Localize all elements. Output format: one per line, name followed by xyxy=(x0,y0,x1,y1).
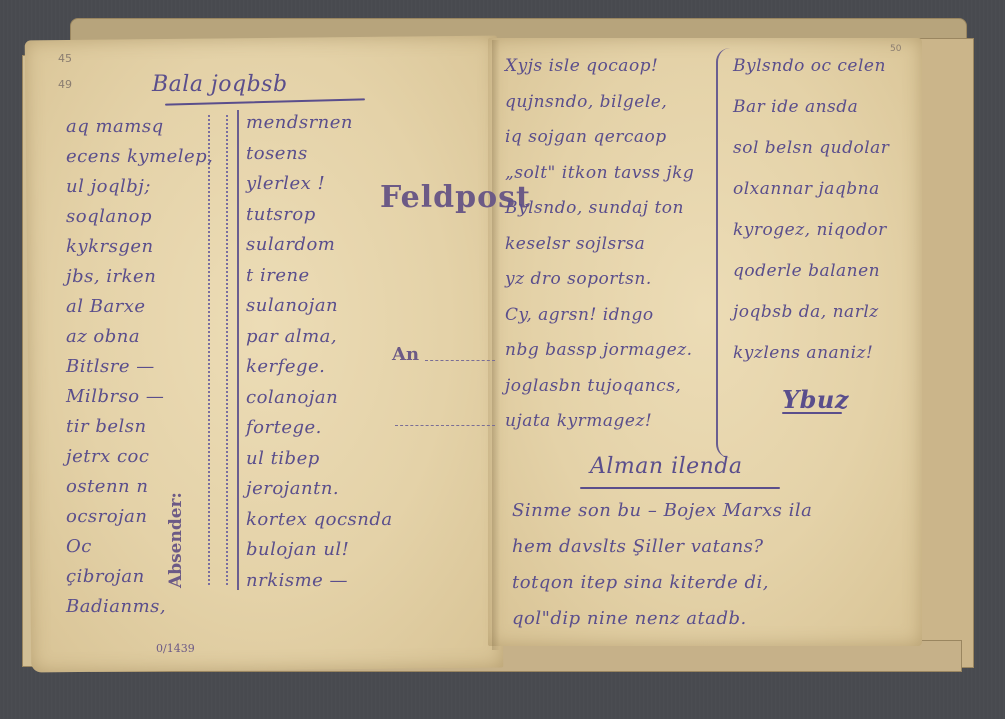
handwritten-line: tutsrop xyxy=(246,206,316,224)
handwritten-line: olxannar jaqbna xyxy=(733,181,880,198)
handwritten-line: bulojan ul! xyxy=(246,541,349,559)
handwritten-line: qoderle balanen xyxy=(733,263,880,280)
left-page-title: Bala joqbsb xyxy=(152,74,288,96)
page-number: 49 xyxy=(58,78,72,91)
handwritten-line: ecens kymelep, xyxy=(66,148,213,166)
handwritten-line: Bar ide ansda xyxy=(733,99,858,116)
handwritten-line: Milbrso — xyxy=(66,388,164,406)
handwritten-line: nbg bassp jormagez. xyxy=(505,342,693,359)
handwritten-line: al Barxe xyxy=(66,298,146,316)
handwritten-line: keselsr sojlsrsa xyxy=(505,236,645,253)
brace-divider xyxy=(716,48,732,458)
handwritten-line: sol belsn qudolar xyxy=(733,140,889,157)
handwritten-line: kortex qocsnda xyxy=(246,511,393,529)
handwritten-line: Xyjs isle qocaop! xyxy=(505,58,658,75)
handwritten-line: yz dro soportsn. xyxy=(505,271,652,288)
an-label: An xyxy=(392,344,419,365)
handwritten-line: ul tibep xyxy=(246,450,320,468)
handwritten-line: tosens xyxy=(246,145,308,163)
address-line xyxy=(425,360,495,361)
handwritten-line: Bylsndo oc celen xyxy=(733,58,886,75)
handwritten-line: ul joqlbj; xyxy=(66,178,151,196)
handwritten-line: soqlanop xyxy=(66,208,152,226)
handwritten-line: jerojantn. xyxy=(246,480,339,498)
absender-label: Absender: xyxy=(166,492,186,588)
handwritten-line: Cy, agrsn! idngo xyxy=(505,307,654,324)
section-title-underline xyxy=(580,487,780,489)
handwritten-line: jetrx coc xyxy=(66,448,149,466)
handwritten-line: Bylsndo, sundaj ton xyxy=(505,200,684,217)
handwritten-line: iq sojgan qercaop xyxy=(505,129,667,146)
handwritten-line: par alma, xyxy=(246,328,337,346)
handwritten-line: tir belsn xyxy=(66,418,147,436)
handwritten-line: joglasbn tujoqancs, xyxy=(505,378,681,395)
handwritten-line: sulardom xyxy=(246,236,335,254)
handwritten-line: qujnsndo, bilgele, xyxy=(505,94,667,111)
handwritten-line: aq mamsq xyxy=(66,118,164,136)
handwritten-line: „solt" itkon tavss jkg xyxy=(505,165,694,182)
handwritten-line: qol"dip nine nenz atadb. xyxy=(512,610,747,628)
handwritten-line: mendsrnen xyxy=(246,114,353,132)
form-number: 0/1439 xyxy=(156,642,195,655)
handwritten-line: Sinme son bu – Bojex Marxs ila xyxy=(512,502,812,520)
page-number: 50 xyxy=(890,44,901,54)
handwritten-line: Bitlsre — xyxy=(66,358,155,376)
handwritten-line: Oc xyxy=(66,538,92,556)
page-number: 45 xyxy=(58,52,72,65)
dotted-rule xyxy=(226,115,228,585)
handwritten-line: çibrojan xyxy=(66,568,145,586)
handwritten-line: t irene xyxy=(246,267,310,285)
handwritten-line: colanojan xyxy=(246,389,338,407)
section-title: Alman ilenda xyxy=(590,456,743,478)
handwritten-line: ujata kyrmagez! xyxy=(505,413,652,430)
handwritten-line: Badianms, xyxy=(66,598,166,616)
book-gutter xyxy=(492,40,500,650)
dotted-rule xyxy=(208,115,210,585)
address-line xyxy=(395,425,495,426)
signature: Ybuz xyxy=(782,388,849,412)
handwritten-line: ylerlex ! xyxy=(246,175,325,193)
handwritten-line: kykrsgen xyxy=(66,238,154,256)
handwritten-line: joqbsb da, narlz xyxy=(733,304,879,321)
open-notebook: 45 49 Bala joqbsb aq mamsqecens kymelep,… xyxy=(0,0,1005,719)
handwritten-line: nrkisme — xyxy=(246,572,348,590)
handwritten-line: az obna xyxy=(66,328,140,346)
handwritten-line: jbs, irken xyxy=(66,268,156,286)
handwritten-line: fortege. xyxy=(246,419,322,437)
handwritten-line: ostenn n xyxy=(66,478,148,496)
handwritten-line: kyrogez, niqodor xyxy=(733,222,887,239)
handwritten-line: kyzlens ananiz! xyxy=(733,345,873,362)
handwritten-line: totqon itep sina kiterde di, xyxy=(512,574,769,592)
handwritten-line: kerfege. xyxy=(246,358,325,376)
signature-underline xyxy=(782,412,842,414)
ruled-line xyxy=(237,110,239,590)
handwritten-line: sulanojan xyxy=(246,297,338,315)
handwritten-line: hem davslts Şiller vatans? xyxy=(512,538,764,556)
handwritten-line: ocsrojan xyxy=(66,508,148,526)
